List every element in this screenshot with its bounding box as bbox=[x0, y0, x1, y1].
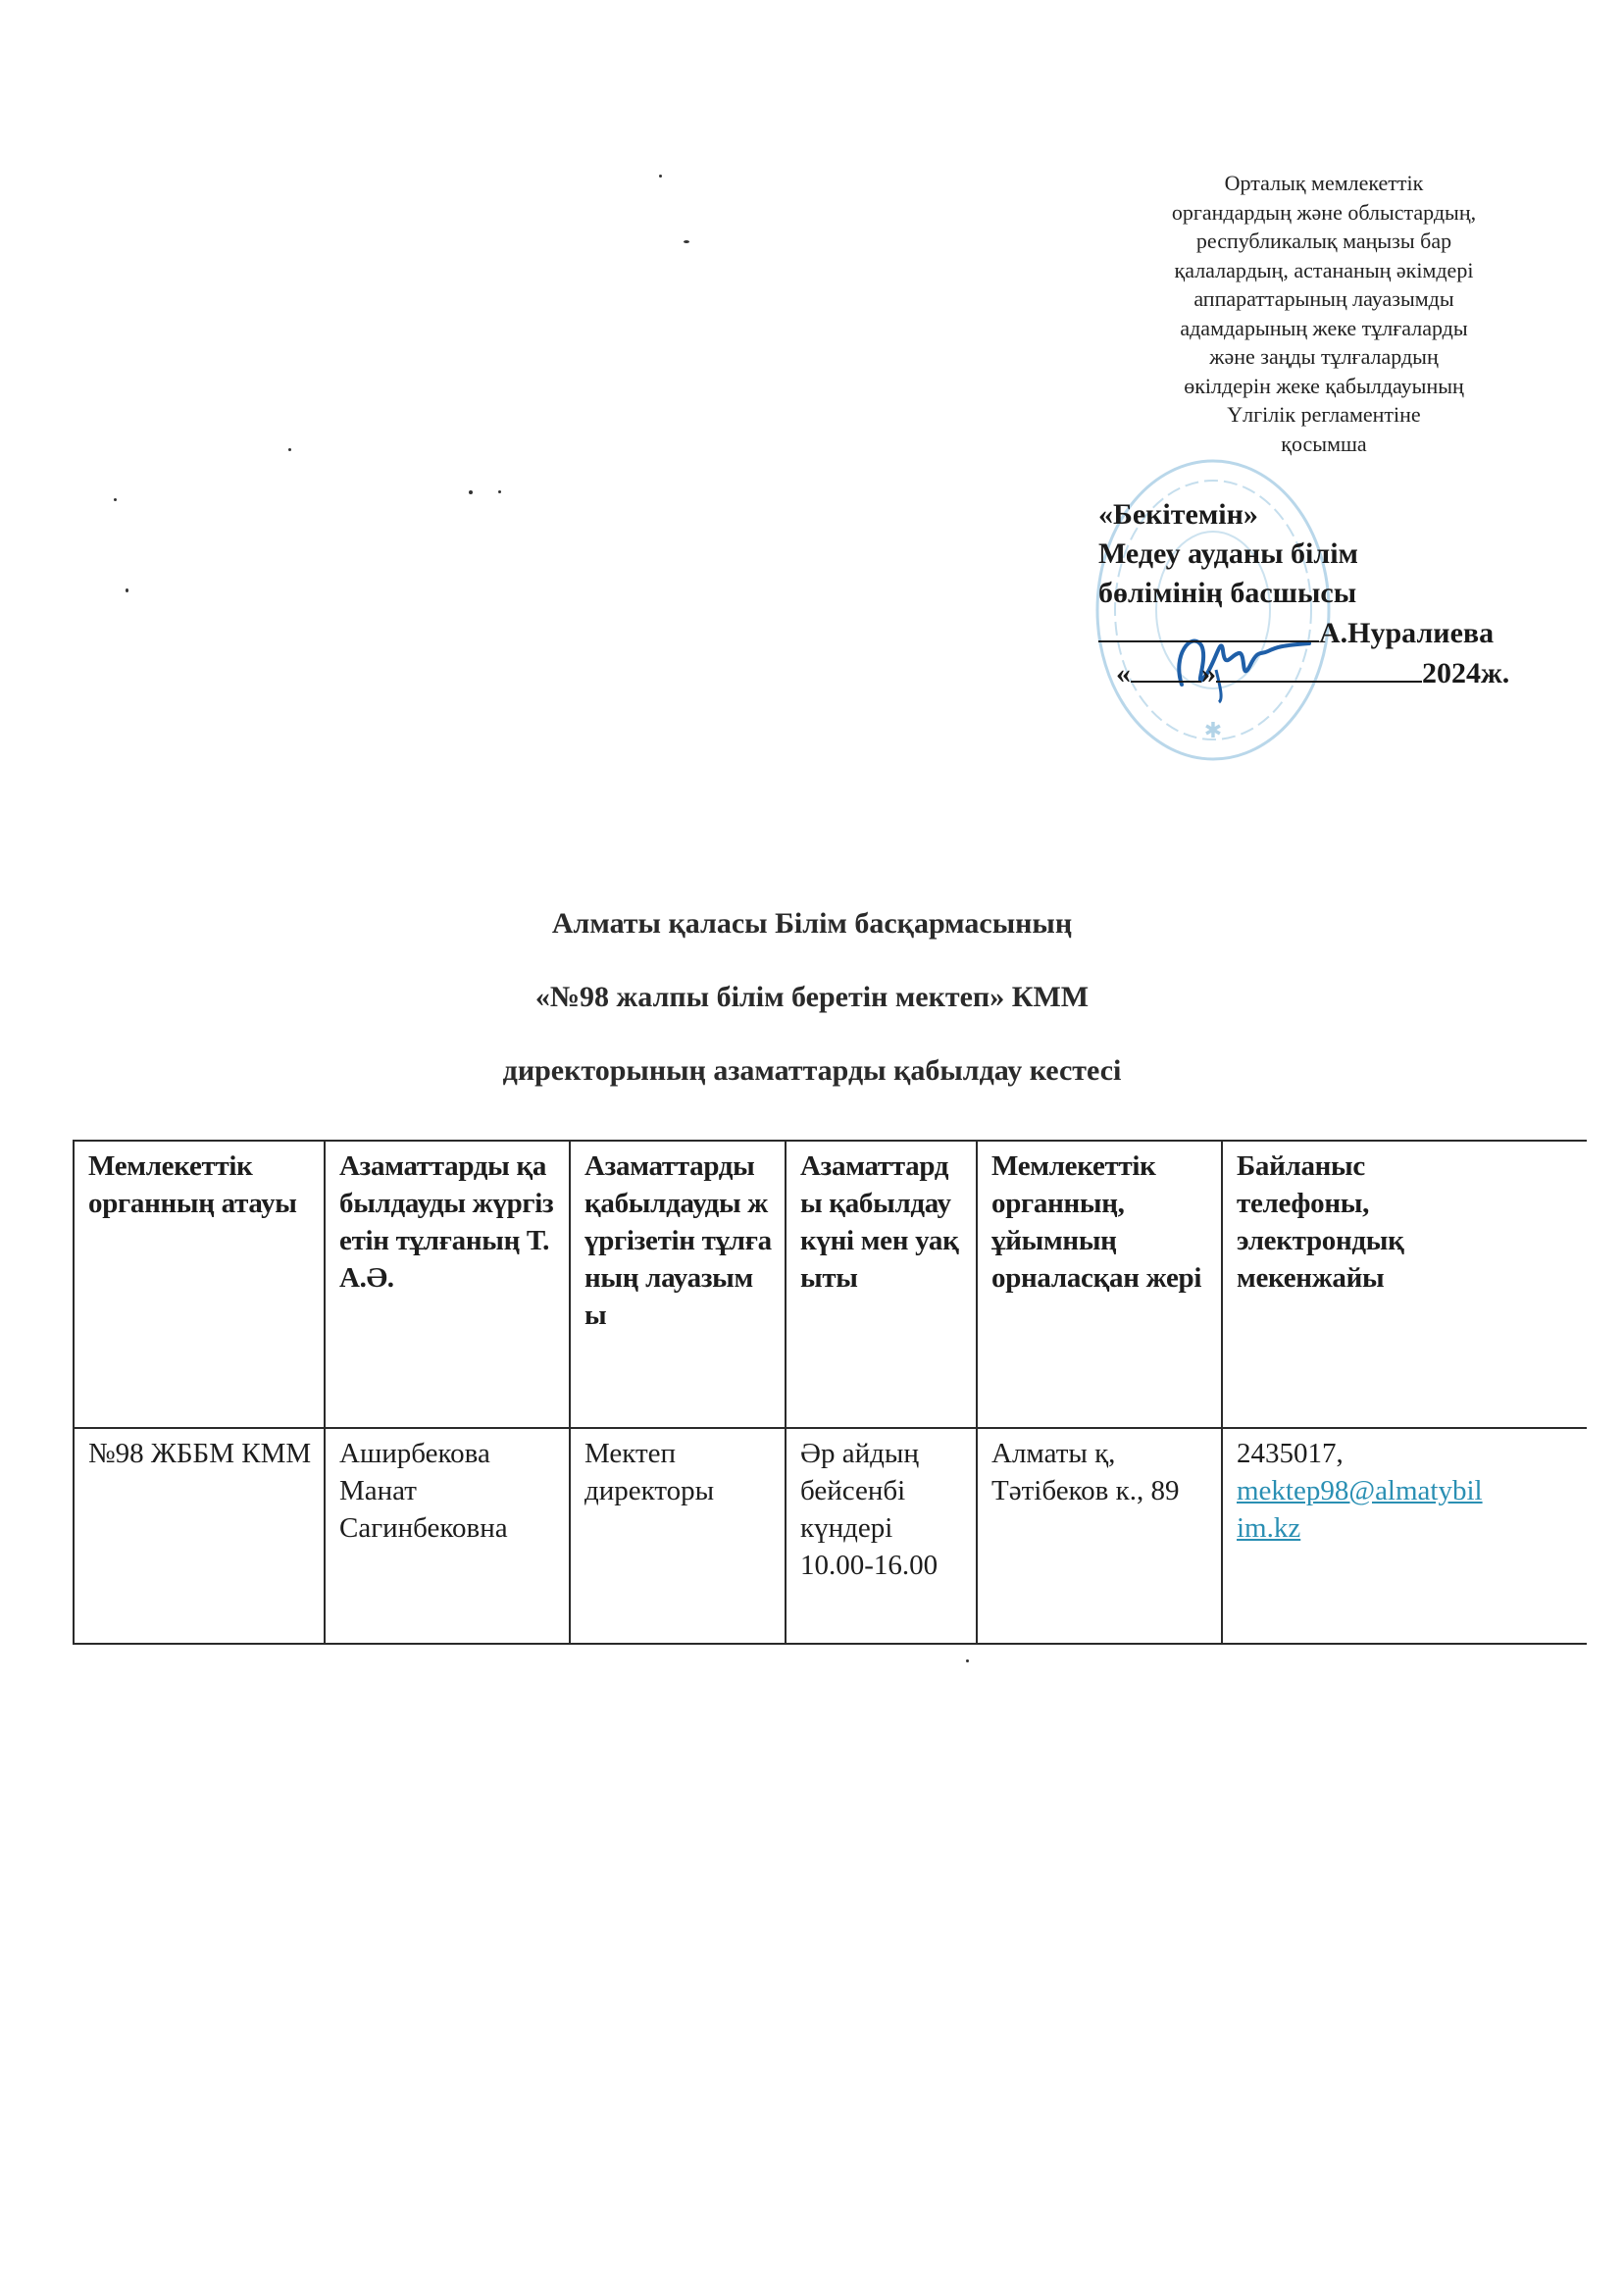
date-close-quote: » bbox=[1201, 657, 1216, 689]
annex-line: қосымша bbox=[1108, 430, 1540, 459]
header-location: Мемлекеттік органның, ұйымның орналасқан… bbox=[977, 1141, 1222, 1428]
month-blank bbox=[1216, 653, 1422, 683]
approval-position-line2: бөлімінің басшысы bbox=[1098, 574, 1608, 613]
header-organization: Мемлекеттік органның атауы bbox=[74, 1141, 325, 1428]
signatory-name: А.Нуралиева bbox=[1319, 617, 1494, 649]
cell-schedule: Әр айдың бейсенбі күндері 10.00-16.00 bbox=[786, 1428, 977, 1644]
approval-heading: «Бекітемін» bbox=[1098, 495, 1608, 535]
annex-note: Орталық мемлекеттік органдардың және обл… bbox=[1108, 169, 1540, 458]
contact-email-link[interactable]: mektep98@almatybilim.kz bbox=[1237, 1475, 1483, 1544]
scan-speck bbox=[126, 588, 128, 592]
cell-contacts: 2435017, mektep98@almatybilim.kz bbox=[1222, 1428, 1587, 1644]
annex-line: өкілдерін жеке қабылдауының bbox=[1108, 372, 1540, 401]
annex-line: адамдарының жеке тұлғаларды bbox=[1108, 314, 1540, 343]
scan-speck bbox=[498, 490, 501, 493]
annex-line: Орталық мемлекеттік bbox=[1108, 169, 1540, 198]
cell-position: Мектеп директоры bbox=[570, 1428, 786, 1644]
date-open-quote: « bbox=[1116, 657, 1131, 689]
date-year: 2024ж. bbox=[1422, 657, 1509, 689]
approval-position-line1: Медеу ауданы білім bbox=[1098, 535, 1608, 574]
scan-speck bbox=[966, 1659, 969, 1662]
header-full-name: Азаматтарды қабылдауды жүргізетін тұлған… bbox=[325, 1141, 570, 1428]
document-title-line3: директорының азаматтарды қабылдау кестес… bbox=[0, 1054, 1624, 1088]
reception-schedule-table: Мемлекеттік органның атауы Азаматтарды қ… bbox=[73, 1140, 1587, 1645]
header-schedule: Азаматтарды қабылдау күні мен уақыты bbox=[786, 1141, 977, 1428]
signature-line: А.Нуралиева bbox=[1098, 613, 1608, 653]
contact-phone: 2435017, bbox=[1237, 1435, 1489, 1472]
annex-line: республикалық маңызы бар bbox=[1108, 227, 1540, 256]
day-blank bbox=[1131, 653, 1201, 683]
annex-line: органдардың және облыстардың, bbox=[1108, 198, 1540, 228]
scan-speck bbox=[469, 490, 473, 494]
svg-text:✱: ✱ bbox=[1204, 718, 1222, 742]
document-title-line2: «№98 жалпы білім беретін мектеп» КММ bbox=[0, 981, 1624, 1014]
annex-line: қалалардың, астананың әкімдері bbox=[1108, 256, 1540, 285]
scan-speck bbox=[659, 175, 662, 178]
date-line: «»2024ж. bbox=[1098, 653, 1608, 693]
document-title-line1: Алматы қаласы Білім басқармасының bbox=[0, 907, 1624, 941]
table-header-row: Мемлекеттік органның атауы Азаматтарды қ… bbox=[74, 1141, 1587, 1428]
header-position: Азаматтарды қабылдауды жүргізетін тұлған… bbox=[570, 1141, 786, 1428]
approval-block: «Бекітемін» Медеу ауданы білім бөлімінің… bbox=[1098, 495, 1608, 693]
table-row: №98 ЖББМ КММ Аширбекова Манат Сагинбеков… bbox=[74, 1428, 1587, 1644]
cell-location: Алматы қ, Тәтібеков к., 89 bbox=[977, 1428, 1222, 1644]
scan-speck bbox=[114, 498, 117, 501]
signature-blank bbox=[1098, 613, 1319, 642]
cell-full-name: Аширбекова Манат Сагинбековна bbox=[325, 1428, 570, 1644]
scan-speck bbox=[288, 448, 291, 451]
cell-organization: №98 ЖББМ КММ bbox=[74, 1428, 325, 1644]
scan-speck bbox=[684, 240, 689, 243]
annex-line: және заңды тұлғалардың bbox=[1108, 342, 1540, 372]
header-contacts: Байланыс телефоны, электрондық мекенжайы bbox=[1222, 1141, 1587, 1428]
annex-line: Үлгілік регламентіне bbox=[1108, 400, 1540, 430]
annex-line: аппараттарының лауазымды bbox=[1108, 284, 1540, 314]
